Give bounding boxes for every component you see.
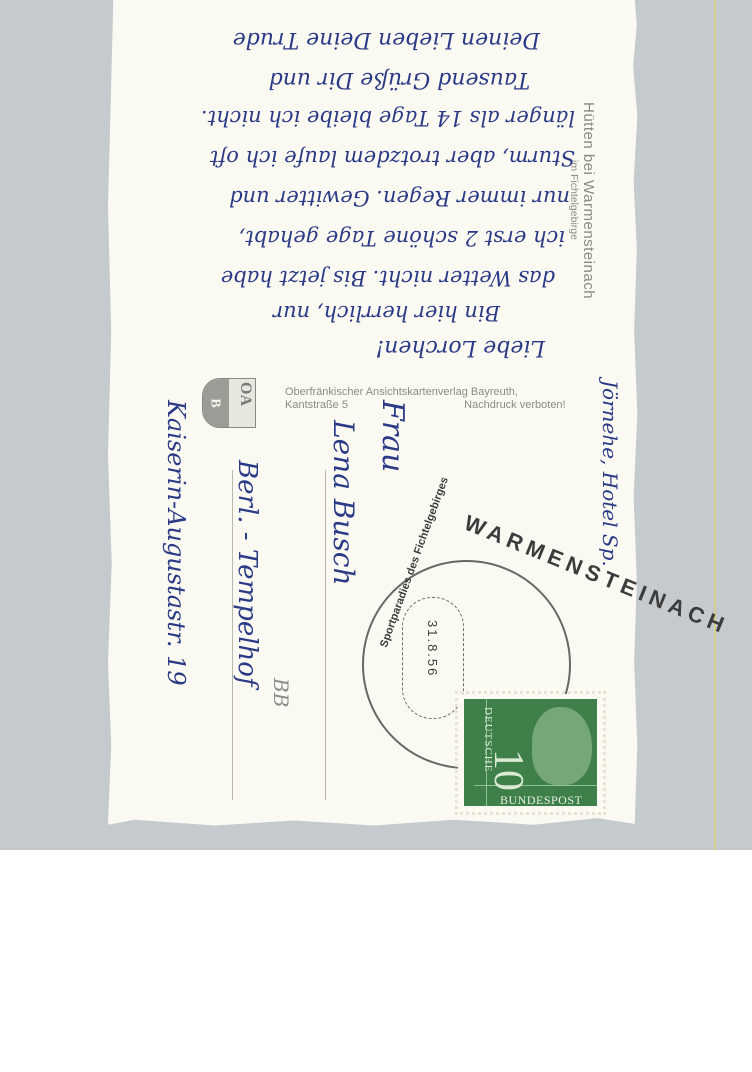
stamp-value: 10 (484, 749, 532, 791)
stamp-portrait (532, 707, 592, 785)
message-line: Bin hier herrlich, nur (273, 301, 500, 325)
address-line-2: Lena Busch (327, 420, 360, 585)
publisher-address: Kantstraße 5 (285, 399, 348, 411)
address-line-1: Frau (375, 400, 410, 472)
message-line: das Wetter nicht. Bis jetzt habe (221, 266, 555, 290)
publisher-line-1: Oberfränkischer Ansichtskartenverlag Bay… (285, 386, 566, 399)
stamp-issuer: BUNDESPOST (500, 793, 582, 808)
sender-note: Jörnehe, Hotel Sp. (598, 380, 622, 567)
publisher-line-2: Kantstraße 5 Nachdruck verboten! (285, 399, 566, 412)
logo-letters-top: OA (236, 382, 254, 406)
message-line: länger als 14 Tage bleibe ich nicht. (201, 106, 575, 130)
message-line: Tausend Grüße Dir und (269, 67, 530, 92)
printed-location-title: Hütten bei Warmensteinach (580, 102, 597, 299)
message-line: nur immer Regen. Gewitter und (229, 186, 570, 210)
address-guide-line (325, 470, 326, 800)
message-signature: Deinen Lieben Deine Trude (233, 27, 540, 52)
message-line: ich erst 2 schöne Tage gehabt, (239, 226, 565, 250)
address-line-4: Kaiserin-Augustastr. 19 (162, 400, 190, 686)
pencil-note: BB (269, 678, 293, 707)
message-line: Sturm, aber trotzdem laufe ich oft (210, 146, 575, 170)
logo-letters-bottom: B (207, 398, 223, 407)
publisher-logo: OA B (202, 378, 256, 428)
message-greeting: Liebe Lorchen! (375, 335, 545, 360)
scanner-edge-line (714, 0, 716, 850)
postmark-date: 31.8.56 (425, 620, 440, 677)
stamp-face: DEUTSCHE 10 BUNDESPOST (464, 699, 597, 806)
address-line-3: Berl. - Tempelhof (232, 460, 262, 687)
reprint-notice: Nachdruck verboten! (464, 399, 566, 411)
postage-stamp: DEUTSCHE 10 BUNDESPOST (458, 694, 603, 812)
publisher-imprint: Oberfränkischer Ansichtskartenverlag Bay… (285, 386, 566, 412)
